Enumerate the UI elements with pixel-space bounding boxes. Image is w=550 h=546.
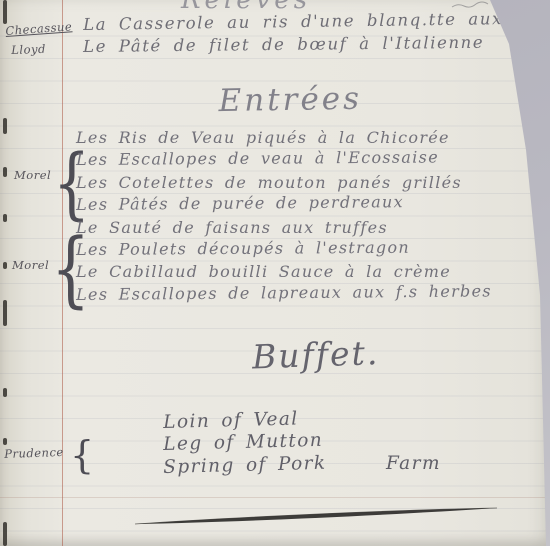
manuscript-menu-page: Relevés Checassue La Casserole au ris d'… <box>0 0 550 546</box>
menu-line-side-note: Farm <box>386 453 441 474</box>
menu-line: Les Escallopes de lapreaux aux f.s herbe… <box>76 281 492 304</box>
faint-horizontal-rule <box>0 497 550 498</box>
menu-line: Leg of Mutton <box>163 430 323 455</box>
menu-line: Le Cabillaud bouilli Sauce à la crème <box>76 262 451 281</box>
section-heading-buffet: Buffet. <box>208 332 423 378</box>
binding-stitch <box>3 167 7 177</box>
binding-stitch <box>3 522 7 546</box>
menu-line: Spring of Pork <box>163 453 327 478</box>
menu-line: Les Poulets découpés à l'estragon <box>76 238 410 259</box>
menu-line: Les Pâtés de purée de perdreaux <box>76 192 404 214</box>
binding-stitch <box>3 118 7 134</box>
margin-author: Prudence <box>4 445 64 461</box>
margin-author: Lloyd <box>11 42 46 57</box>
menu-line: Les Ris de Veau piqués à la Chicorée <box>76 128 450 147</box>
margin-brace: { <box>70 436 94 474</box>
margin-author: Morel <box>14 168 51 182</box>
menu-line: Le Pâté de filet de bœuf à l'Italienne <box>83 33 484 56</box>
ledger-paper: Relevés Checassue La Casserole au ris d'… <box>0 0 550 546</box>
margin-author: Morel <box>12 258 49 272</box>
binding-stitch <box>3 214 7 222</box>
menu-line: Les Escallopes de veau à l'Ecossaise <box>76 147 439 169</box>
section-heading-entrees: Entrées <box>168 80 413 120</box>
menu-line: Loin of Veal <box>163 408 299 433</box>
binding-stitch <box>3 388 7 397</box>
binding-stitch <box>3 262 7 269</box>
menu-line: Les Cotelettes de mouton panés grillés <box>76 173 462 192</box>
menu-line: Le Sauté de faisans aux truffes <box>76 218 388 237</box>
binding-stitch <box>3 300 7 326</box>
binding-stitch <box>3 438 7 445</box>
